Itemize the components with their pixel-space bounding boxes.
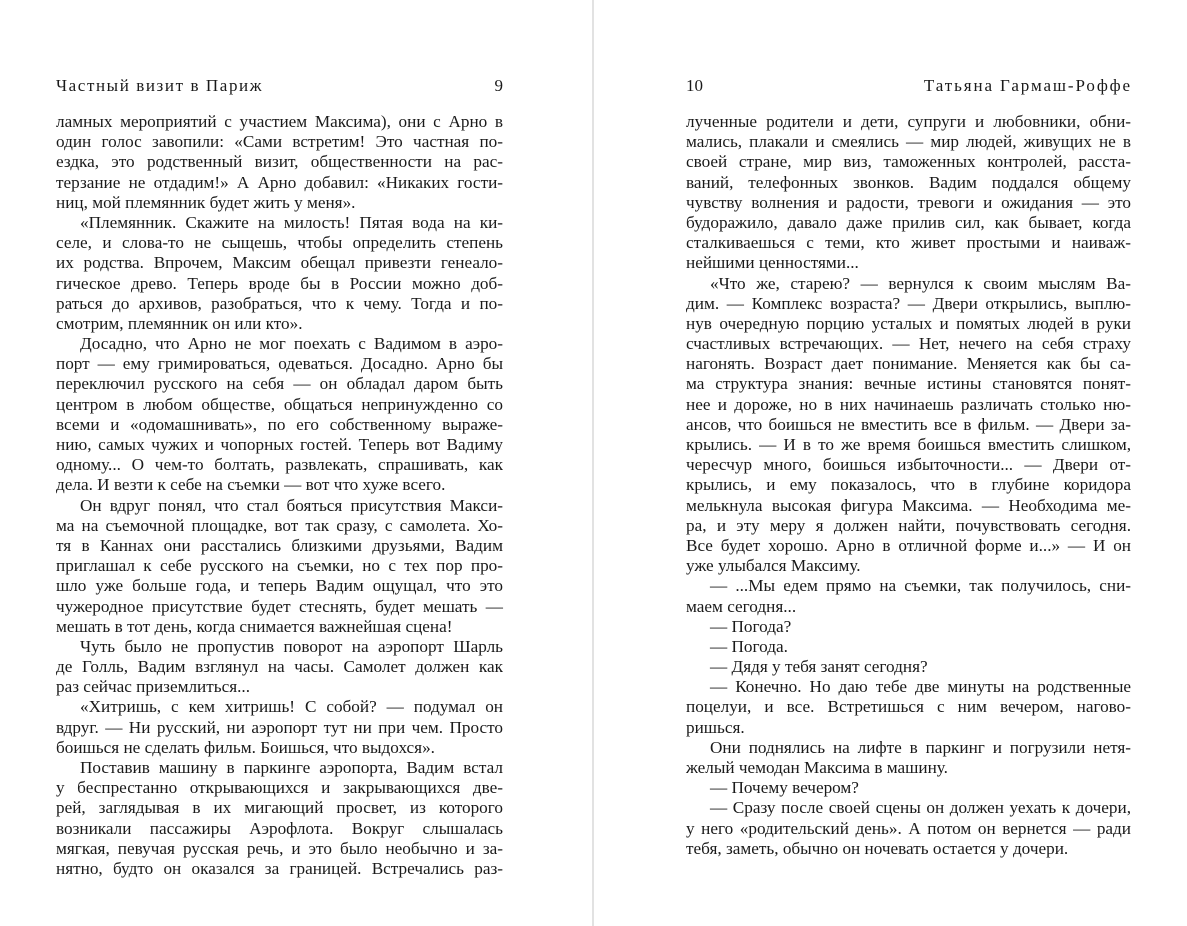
text-line: Досадно, что Арно не мог поехать с Вадим… <box>56 334 503 354</box>
text-line: своей стране, мир виз, таможенных контро… <box>686 152 1131 172</box>
running-title: Частный визит в Париж <box>56 76 263 96</box>
text-line: ра, и эту меру я должен найти, почувство… <box>686 516 1131 536</box>
text-line: Он вдруг понял, что стал бояться присутс… <box>56 496 503 516</box>
text-line: один голос завопили: «Сами встретим! Это… <box>56 132 503 152</box>
text-line: нейшими ценностями... <box>686 253 1131 273</box>
text-line: желый чемодан Максима в машину. <box>686 758 1131 778</box>
text-line: поцелуи, и все. Встретишься с ним вечеро… <box>686 697 1131 717</box>
text-line: Все будет хорошо. Арно в отличной форме … <box>686 536 1131 556</box>
text-line: — Погода? <box>686 617 1131 637</box>
text-line: у беспрестанно открывающихся и закрывающ… <box>56 778 503 798</box>
text-line: мешать в тот день, когда снимается важне… <box>56 617 503 637</box>
text-line: одному... О чем-то болтать, развлекать, … <box>56 455 503 475</box>
text-line: де Голль, Вадим взглянул на часы. Самоле… <box>56 657 503 677</box>
text-line: ваний, телефонных звонков. Вадим поддалс… <box>686 173 1131 193</box>
text-line: ришься. <box>686 718 1131 738</box>
left-page: Частный визит в Париж 9 ламных мероприят… <box>0 0 593 926</box>
text-line: боишься не сделать фильм. Боишься, что в… <box>56 738 503 758</box>
text-line: лученные родители и дети, супруги и любо… <box>686 112 1131 132</box>
text-line: терзание не отдадим!» А Арно добавил: «Н… <box>56 173 503 193</box>
text-line: переключил русского на себя — он обладал… <box>56 374 503 394</box>
text-line: центром в любом обществе, общаться непри… <box>56 395 503 415</box>
text-line: рей, заглядывая в их мигающий просвет, и… <box>56 798 503 818</box>
text-line: счастливых встречающих. — Нет, нечего на… <box>686 334 1131 354</box>
text-line: нию, самых чужих и чопорных гостей. Тепе… <box>56 435 503 455</box>
page-number: 10 <box>686 76 703 96</box>
text-line: — Дядя у тебя занят сегодня? <box>686 657 1131 677</box>
text-line: нув очередную порцию усталых и помятых л… <box>686 314 1131 334</box>
right-page-header: 10 Татьяна Гармаш-Роффе <box>686 76 1132 98</box>
text-line: крылись, и ему показалось, что в глубине… <box>686 475 1131 495</box>
text-line: — Погода. <box>686 637 1131 657</box>
text-line: мелькнула высокая фигура Максима. — Необ… <box>686 496 1131 516</box>
text-line: вдруг. — Ни русский, ни аэропорт тут ни … <box>56 718 503 738</box>
text-line: уже улыбался Максиму. <box>686 556 1131 576</box>
text-line: нятно, будто он оказался за границей. Вс… <box>56 859 503 879</box>
text-line: их родства. Впрочем, Максим обещал приве… <box>56 253 503 273</box>
text-line: возникали пассажиры Аэрофлота. Вокруг сл… <box>56 819 503 839</box>
text-line: Они поднялись на лифте в паркинг и погру… <box>686 738 1131 758</box>
text-line: нее и дороже, но в них начинаешь различа… <box>686 395 1131 415</box>
text-line: гическое древо. Теперь вроде бы в России… <box>56 274 503 294</box>
running-title-author: Татьяна Гармаш-Роффе <box>924 76 1132 96</box>
text-line: будоражило, давало даже прилив сил, как … <box>686 213 1131 233</box>
text-line: раться до архивов, разобраться, что к че… <box>56 294 503 314</box>
text-line: дим. — Комплекс возраста? — Двери открыл… <box>686 294 1131 314</box>
text-line: — Конечно. Но даю тебе две минуты на род… <box>686 677 1131 697</box>
text-line: шло уже больше года, и теперь Вадим ощущ… <box>56 576 503 596</box>
left-page-header: Частный визит в Париж 9 <box>56 76 503 98</box>
page-number: 9 <box>495 76 504 96</box>
text-line: всеми и «одомашнивать», по его собственн… <box>56 415 503 435</box>
text-line: чересчур много, боишься избыточности... … <box>686 455 1131 475</box>
right-page: 10 Татьяна Гармаш-Роффе лученные родител… <box>594 0 1187 926</box>
left-page-body-text: ламных мероприятий с участием Максима), … <box>56 112 503 879</box>
text-line: чужеродное присутствие будет стеснять, б… <box>56 597 503 617</box>
text-line: — ...Мы едем прямо на съемки, так получи… <box>686 576 1131 596</box>
text-line: Чуть было не пропустив поворот на аэропо… <box>56 637 503 657</box>
right-page-body-text: лученные родители и дети, супруги и любо… <box>686 112 1131 859</box>
text-line: у него «родительский день». А потом он в… <box>686 819 1131 839</box>
text-line: — Почему вечером? <box>686 778 1131 798</box>
text-line: сталкиваешься с теми, кто живет простыми… <box>686 233 1131 253</box>
text-line: мягкая, певучая русская речь, и это было… <box>56 839 503 859</box>
text-line: селе, и слова-то не сыщешь, чтобы опреде… <box>56 233 503 253</box>
text-line: смотрим, племянник он или кто». <box>56 314 503 334</box>
text-line: раз сейчас приземлиться... <box>56 677 503 697</box>
text-line: ездка, это родственный визит, общественн… <box>56 152 503 172</box>
text-line: приглашал к себе русского на съемки, но … <box>56 556 503 576</box>
text-line: нагонять. Возраст дает понимание. Меняет… <box>686 354 1131 374</box>
text-line: — Сразу после своей сцены он должен уеха… <box>686 798 1131 818</box>
text-line: порт — ему гримироваться, одеваться. Дос… <box>56 354 503 374</box>
text-line: дела. И везти к себе на съемки — вот что… <box>56 475 503 495</box>
text-line: тебя, заметь, обычно он ночевать остаетс… <box>686 839 1131 859</box>
text-line: «Племянник. Скажите на милость! Пятая во… <box>56 213 503 233</box>
text-line: ма структура знания: вечные истины стано… <box>686 374 1131 394</box>
text-line: чувству волнения и радости, тревоги и ож… <box>686 193 1131 213</box>
text-line: ламных мероприятий с участием Максима), … <box>56 112 503 132</box>
text-line: «Хитришь, с кем хитришь! С собой? — поду… <box>56 697 503 717</box>
text-line: «Что же, старею? — вернулся к своим мысл… <box>686 274 1131 294</box>
text-line: крылись. — И в то же время боишься вмест… <box>686 435 1131 455</box>
text-line: Поставив машину в паркинге аэропорта, Ва… <box>56 758 503 778</box>
text-line: ансов, что боишься не вместить все в фил… <box>686 415 1131 435</box>
text-line: ниц, мой племянник будет жить у меня». <box>56 193 503 213</box>
text-line: мались, плакали и смеялись — мир людей, … <box>686 132 1131 152</box>
text-line: тя в Каннах они расстались близкими друз… <box>56 536 503 556</box>
text-line: ма на съемочной площадке, вот так сразу,… <box>56 516 503 536</box>
text-line: маем сегодня... <box>686 597 1131 617</box>
